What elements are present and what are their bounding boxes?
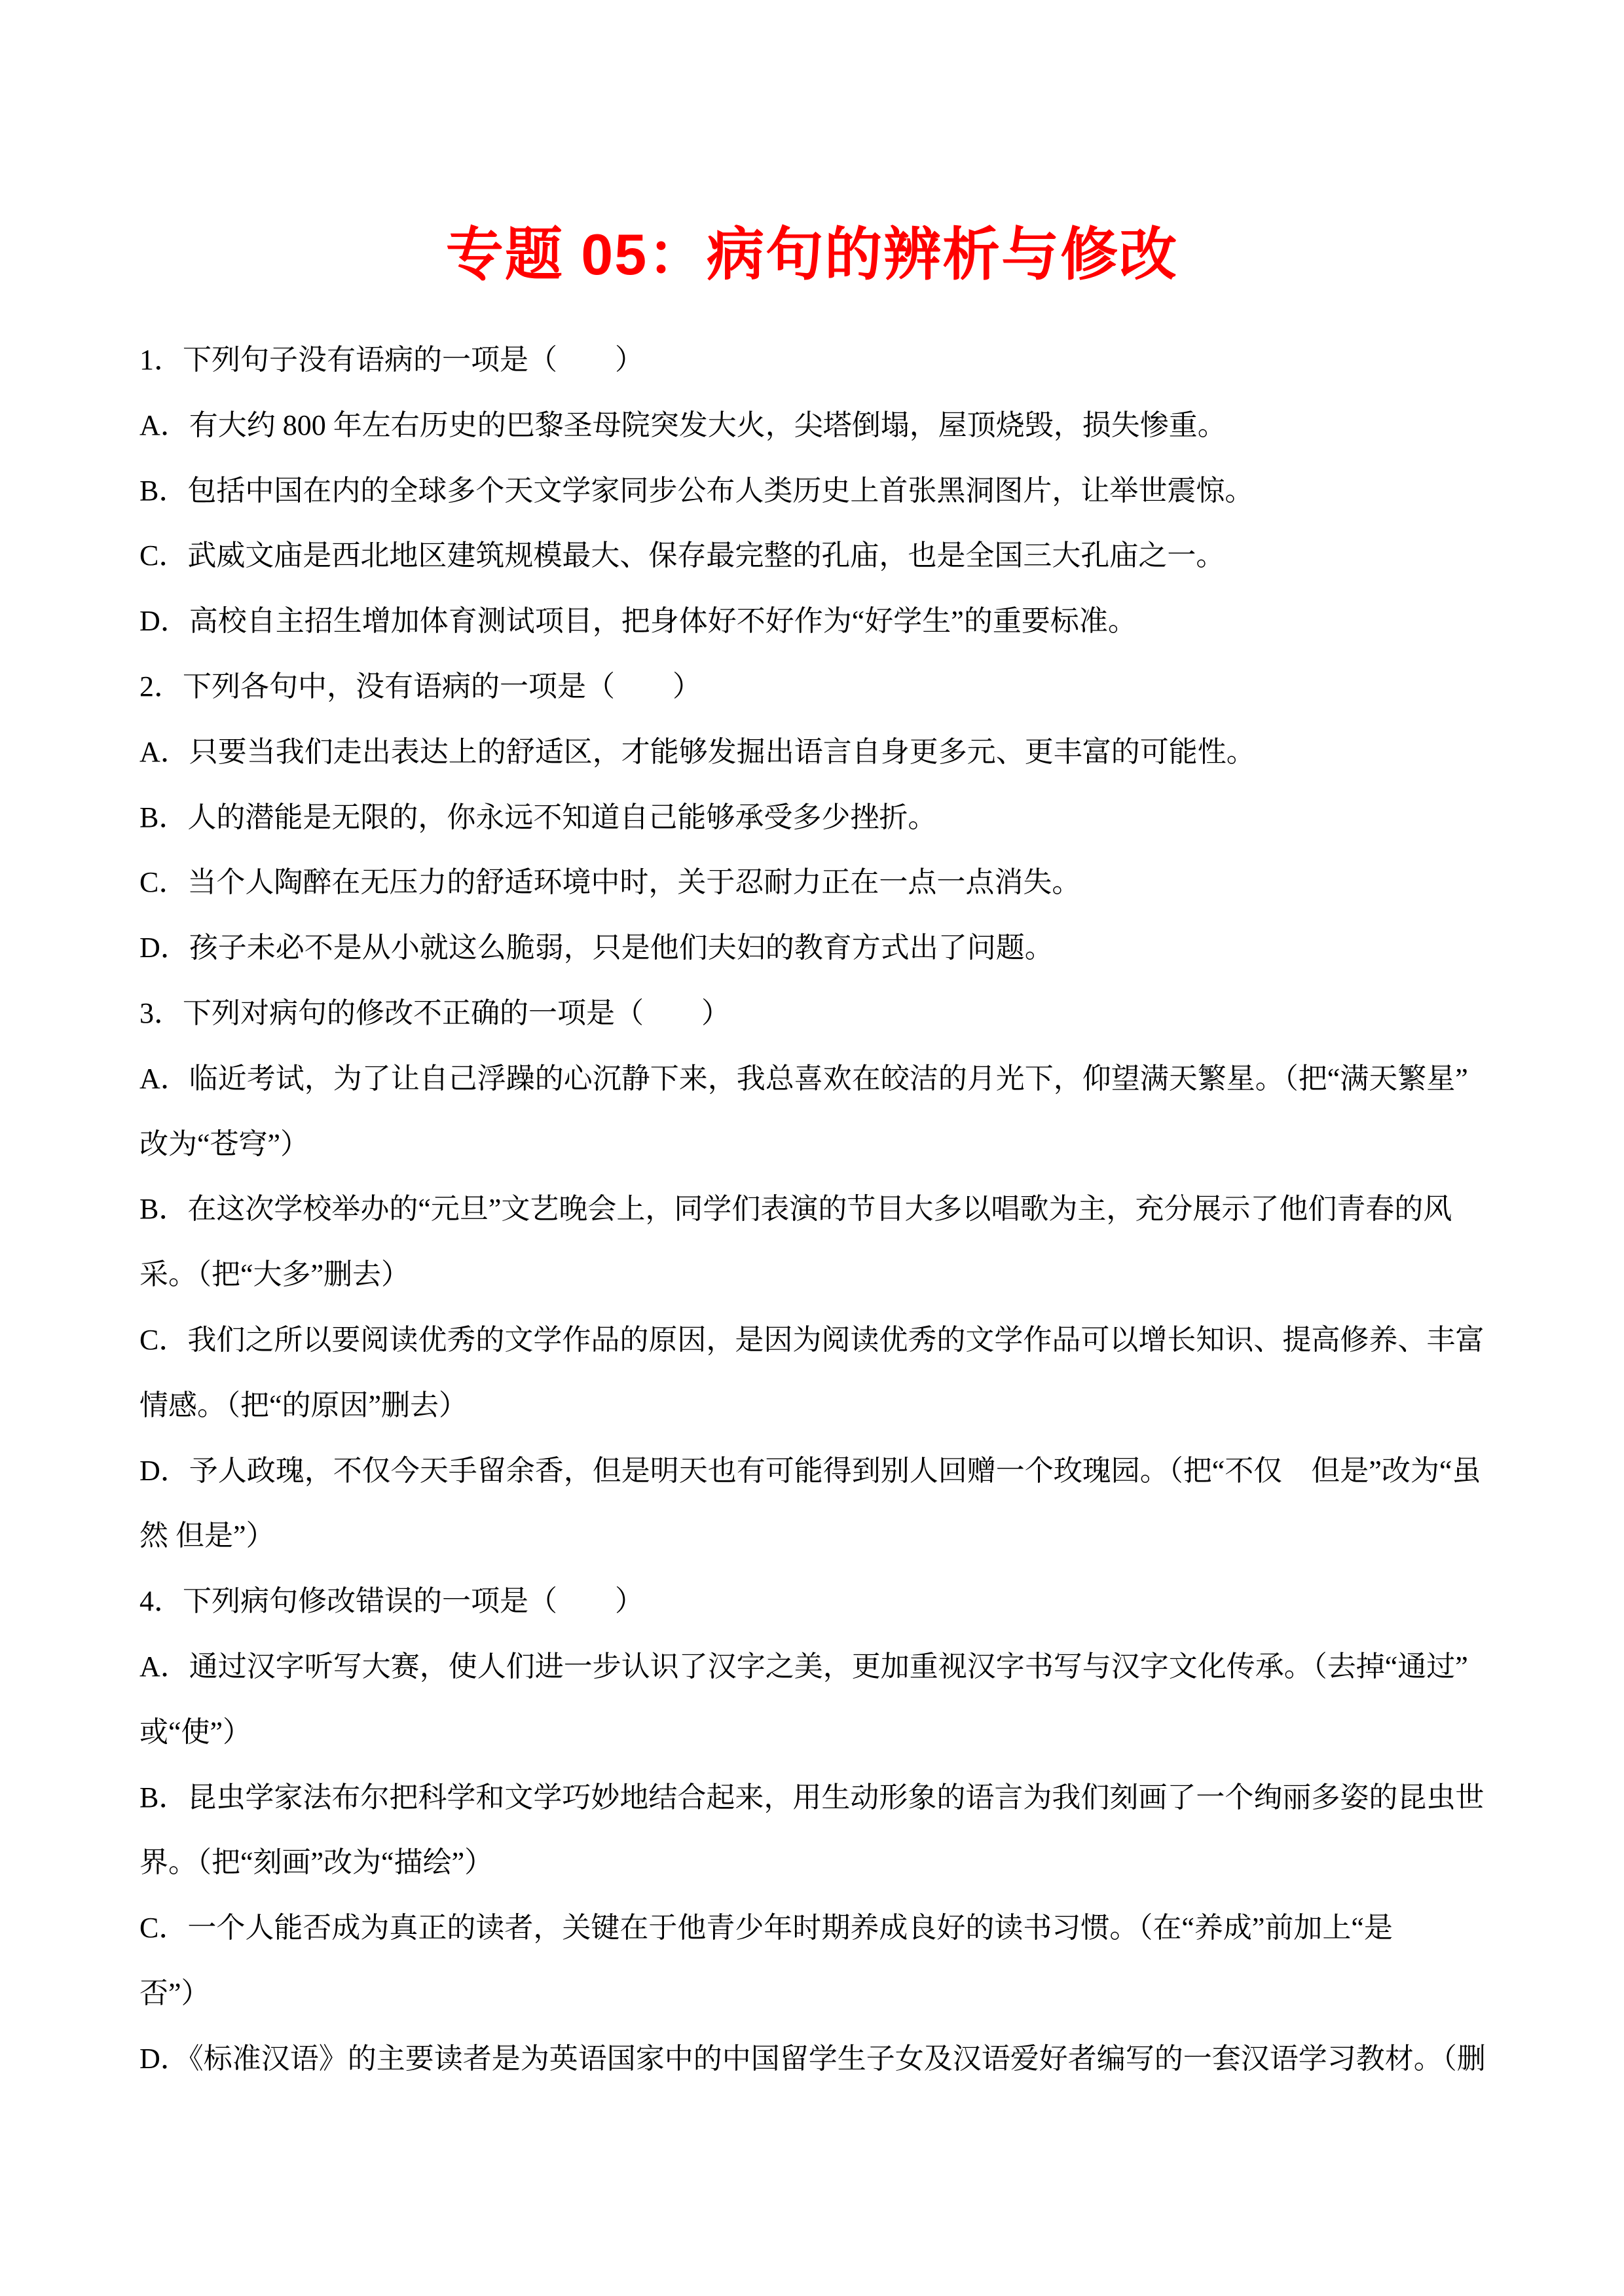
question-4-stem: 4．下列病句修改错误的一项是（ ）: [139, 1569, 1486, 1634]
question-1-option-d: D．高校自主招生增加体育测试项目，把身体好不好作为“好学生”的重要标准。: [139, 589, 1486, 654]
question-4-option-b-line-2: 界。（把“刻画”改为“描绘”）: [139, 1830, 1486, 1895]
document-page: 专题 05：病句的辨析与修改 1．下列句子没有语病的一项是（ ） A．有大约 8…: [0, 0, 1624, 2296]
question-4-option-a-line-2: 或“使”）: [139, 1700, 1486, 1765]
question-3-option-c-line-1: C．我们之所以要阅读优秀的文学作品的原因，是因为阅读优秀的文学作品可以增长知识、…: [139, 1307, 1486, 1373]
question-2-option-b: B．人的潜能是无限的，你永远不知道自己能够承受多少挫折。: [139, 785, 1486, 850]
question-4-option-a-line-1: A．通过汉字听写大赛，使人们进一步认识了汉字之美，更加重视汉字书写与汉字文化传承…: [139, 1634, 1486, 1700]
question-4-option-c-line-1: C．一个人能否成为真正的读者，关键在于他青少年时期养成良好的读书习惯。（在“养成…: [139, 1895, 1486, 1961]
question-4-option-c-line-2: 否”）: [139, 1961, 1486, 2026]
question-1-option-a: A．有大约 800 年左右历史的巴黎圣母院突发大火，尖塔倒塌，屋顶烧毁，损失惨重…: [139, 393, 1486, 458]
question-1-option-b: B．包括中国在内的全球多个天文学家同步公布人类历史上首张黑洞图片，让举世震惊。: [139, 458, 1486, 524]
question-1-option-c: C．武威文庙是西北地区建筑规模最大、保存最完整的孔庙，也是全国三大孔庙之一。: [139, 523, 1486, 589]
question-3-option-a-line-1: A．临近考试，为了让自己浮躁的心沉静下来，我总喜欢在皎洁的月光下，仰望满天繁星。…: [139, 1046, 1486, 1112]
question-3-option-d-line-1: D．予人政瑰，不仅今天手留余香，但是明天也有可能得到别人回赠一个玫瑰园。（把“不…: [139, 1438, 1486, 1504]
question-1-stem: 1．下列句子没有语病的一项是（ ）: [139, 327, 1486, 393]
question-2-option-a: A．只要当我们走出表达上的舒适区，才能够发掘出语言自身更多元、更丰富的可能性。: [139, 720, 1486, 785]
document-body: 1．下列句子没有语病的一项是（ ） A．有大约 800 年左右历史的巴黎圣母院突…: [139, 327, 1486, 2092]
question-3-option-c-line-2: 情感。（把“的原因”删去）: [139, 1373, 1486, 1438]
question-4-option-d-line-1: D．《标准汉语》的主要读者是为英语国家中的中国留学生子女及汉语爱好者编写的一套汉…: [139, 2026, 1486, 2092]
question-3-option-b-line-2: 采。（把“大多”删去）: [139, 1242, 1486, 1307]
question-2-stem: 2．下列各句中，没有语病的一项是（ ）: [139, 654, 1486, 720]
document-title: 专题 05：病句的辨析与修改: [0, 219, 1624, 291]
question-2-option-c: C．当个人陶醉在无压力的舒适环境中时，关于忍耐力正在一点一点消失。: [139, 850, 1486, 915]
question-3-option-a-line-2: 改为“苍穹”）: [139, 1112, 1486, 1177]
question-3-option-d-line-2: 然 但是”）: [139, 1503, 1486, 1569]
question-3-stem: 3．下列对病句的修改不正确的一项是（ ）: [139, 981, 1486, 1046]
question-3-option-b-line-1: B．在这次学校举办的“元旦”文艺晚会上，同学们表演的节目大多以唱歌为主，充分展示…: [139, 1176, 1486, 1242]
question-4-option-b-line-1: B．昆虫学家法布尔把科学和文学巧妙地结合起来，用生动形象的语言为我们刻画了一个绚…: [139, 1765, 1486, 1831]
question-2-option-d: D．孩子未必不是从小就这么脆弱，只是他们夫妇的教育方式出了问题。: [139, 915, 1486, 981]
